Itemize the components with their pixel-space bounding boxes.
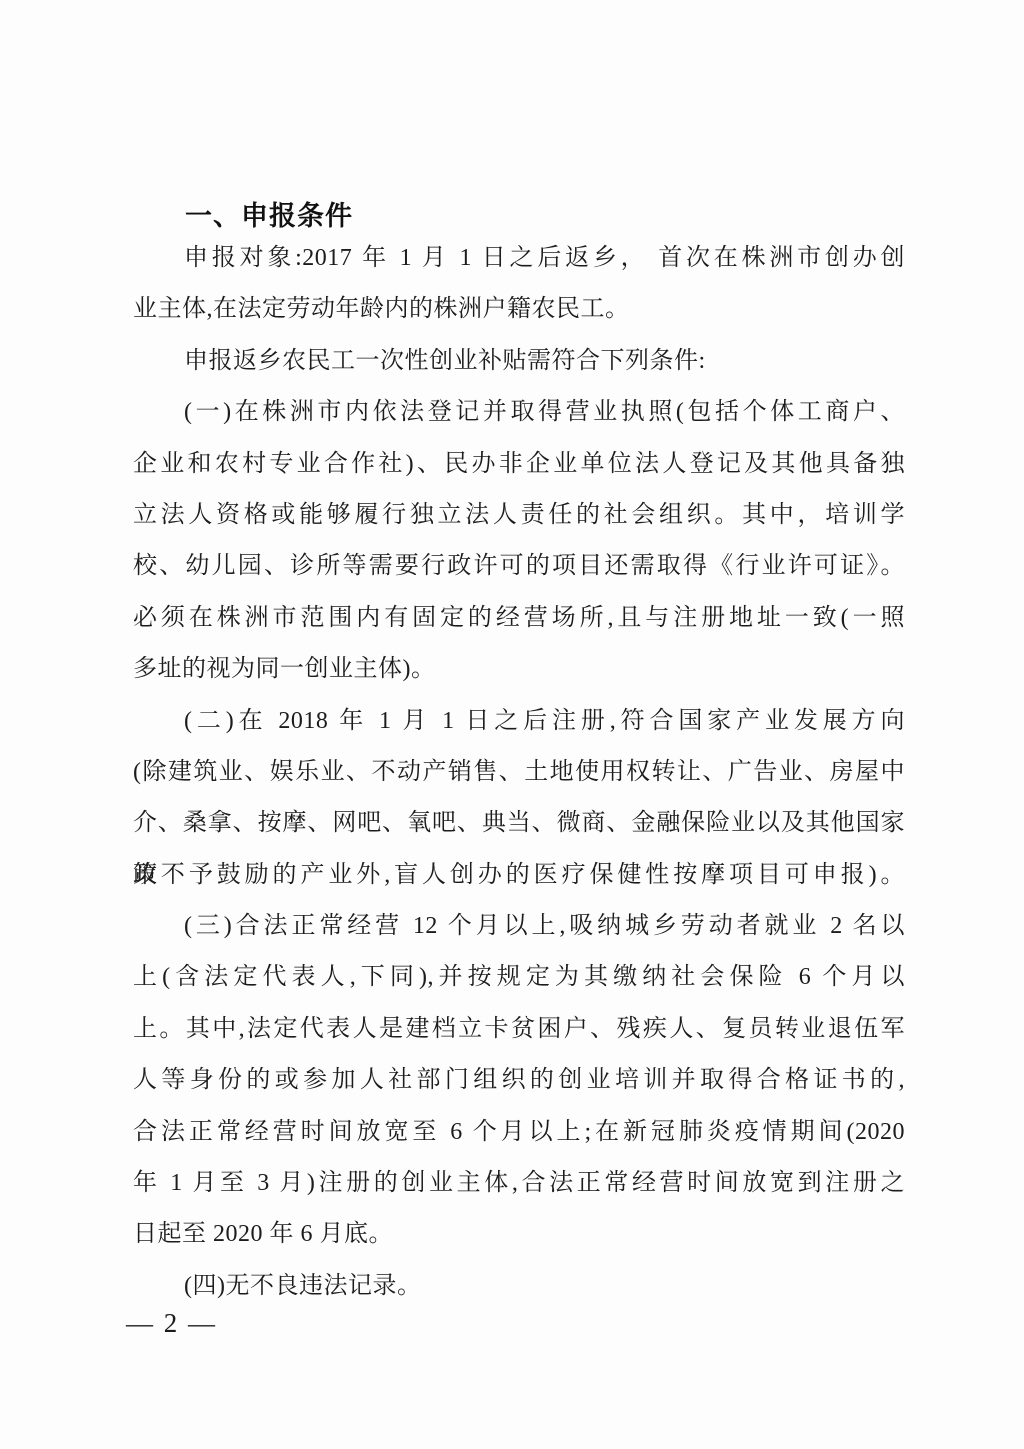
document-body: 申报对象:2017 年 1 月 1 日之后返乡， 首次在株洲市创办创业主体,在法… xyxy=(133,233,905,1312)
section-heading: 一、申报条件 xyxy=(185,194,353,233)
text-line: 日起至 2020 年 6 月底。 xyxy=(133,1209,905,1260)
text-line: 年 1 月至 3 月)注册的创业主体,合法正常经营时间放宽到注册之 xyxy=(133,1158,905,1209)
text-line: 企业和农村专业合作社)、民办非企业单位法人登记及其他具备独 xyxy=(133,439,905,490)
text-line: 合法正常经营时间放宽至 6 个月以上;在新冠肺炎疫情期间(2020 xyxy=(133,1107,905,1158)
page-footer: — 2 — xyxy=(126,1308,217,1339)
text-line: 上。其中,法定代表人是建档立卡贫困户、残疾人、复员转业退伍军 xyxy=(133,1004,905,1055)
document-page: 一、申报条件 申报对象:2017 年 1 月 1 日之后返乡， 首次在株洲市创办… xyxy=(0,0,1024,1449)
text-line: (四)无不良违法记录。 xyxy=(133,1261,905,1312)
text-line: 上(含法定代表人,下同),并按规定为其缴纳社会保险 6 个月以 xyxy=(133,952,905,1003)
text-line: 策不予鼓励的产业外,盲人创办的医疗保健性按摩项目可申报)。 xyxy=(133,850,905,901)
text-line: 校、幼儿园、诊所等需要行政许可的项目还需取得《行业许可证》。 xyxy=(133,541,905,592)
text-line: 业主体,在法定劳动年龄内的株洲户籍农民工。 xyxy=(133,284,905,335)
text-line: 人等身份的或参加人社部门组织的创业培训并取得合格证书的, xyxy=(133,1055,905,1106)
text-line: 申报对象:2017 年 1 月 1 日之后返乡， 首次在株洲市创办创 xyxy=(133,233,905,284)
text-line: 多址的视为同一创业主体)。 xyxy=(133,644,905,695)
text-line: 申报返乡农民工一次性创业补贴需符合下列条件: xyxy=(133,336,905,387)
text-line: (一)在株洲市内依法登记并取得营业执照(包括个体工商户、 xyxy=(133,387,905,438)
text-line: 必须在株洲市范围内有固定的经营场所,且与注册地址一致(一照 xyxy=(133,593,905,644)
text-line: (除建筑业、娱乐业、不动产销售、土地使用权转让、广告业、房屋中 xyxy=(133,747,905,798)
text-line: (二)在 2018 年 1 月 1 日之后注册,符合国家产业发展方向 xyxy=(133,696,905,747)
page-number: — 2 — xyxy=(126,1308,217,1338)
text-line: 介、桑拿、按摩、网吧、氧吧、典当、微商、金融保险业以及其他国家政 xyxy=(133,798,905,849)
text-line: 立法人资格或能够履行独立法人责任的社会组织。其中，培训学 xyxy=(133,490,905,541)
text-line: (三)合法正常经营 12 个月以上,吸纳城乡劳动者就业 2 名以 xyxy=(133,901,905,952)
